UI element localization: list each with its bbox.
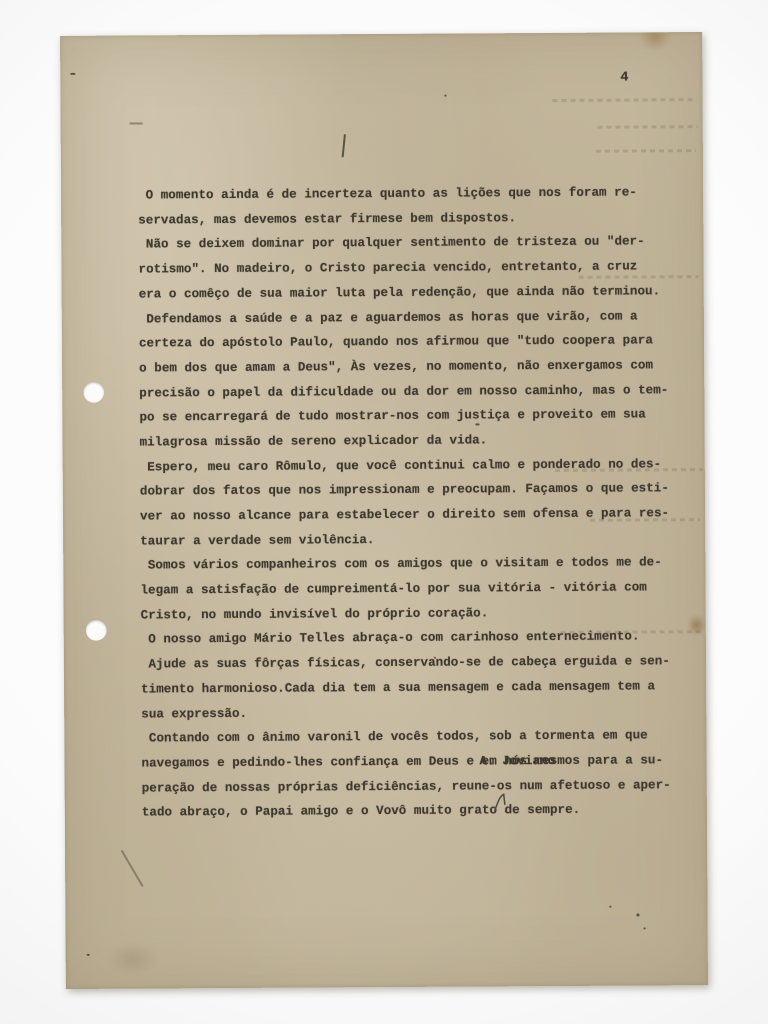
letter-body: O momento ainda é de incerteza quanto as… xyxy=(138,106,677,825)
letter-line: Cristo, no mundo invisível do próprio co… xyxy=(141,600,676,628)
speck xyxy=(444,95,446,97)
letter-line: Somos vários companheiros com os amigos … xyxy=(140,551,675,579)
letter-line: sua expressão. xyxy=(141,699,676,727)
letter-line: taurar a verdade sem violência. xyxy=(140,526,675,554)
letter-line: o bem dos que amam a Deus", Às vezes, no… xyxy=(139,353,674,381)
letter-line: era o comêço de sua maior luta pela rede… xyxy=(139,279,674,307)
bleedthrough-line xyxy=(598,125,698,129)
letter-page: 4 O momento ainda é de incerteza quanto … xyxy=(60,32,708,989)
speck xyxy=(434,657,436,659)
letter-line: dobrar dos fatos que nos impressionam e … xyxy=(140,477,675,505)
scratch-mark xyxy=(121,850,144,887)
letter-line: legam a satisfação de cumpreimentá-lo po… xyxy=(140,575,675,603)
pencil-mark xyxy=(492,792,510,814)
letter-line: Defendamos a saúde e a paz e aguardemos … xyxy=(139,304,674,332)
letter-line: po se encarregará de tudo mostrar-nos co… xyxy=(139,403,674,431)
speck xyxy=(644,927,646,929)
bleedthrough-line xyxy=(552,98,692,102)
letter-line: peração de nossas próprias deficiências,… xyxy=(142,773,677,801)
letter-line: ver ao nosso alcance para estabelecer o … xyxy=(140,501,675,529)
letter-line: Contando com o ânimo varonil de vocês to… xyxy=(141,723,676,751)
letter-line: Ajude as suas fôrças físicas, conservand… xyxy=(141,649,676,677)
speck xyxy=(87,954,90,956)
letter-line: precisão o papel da dificuldade ou da do… xyxy=(139,378,674,406)
bleedthrough-line xyxy=(590,518,700,522)
stain xyxy=(684,610,708,640)
letter-line: servadas, mas devemos estar firmese bem … xyxy=(138,205,673,233)
photo-background: 4 O momento ainda é de incerteza quanto … xyxy=(0,0,768,1024)
letter-line: certeza do apóstolo Paulo, quando nos af… xyxy=(139,328,674,356)
letter-line: navegamos e pedindo-lhes confiança em De… xyxy=(141,748,676,776)
punch-hole-top xyxy=(83,382,104,403)
letter-line: O nosso amigo Mário Telles abraça-o com … xyxy=(141,625,676,653)
speck xyxy=(475,423,479,425)
letter-line: milagrosa missão de sereno explicador da… xyxy=(140,427,675,455)
letter-line: O momento ainda é de incerteza quanto as… xyxy=(138,180,673,208)
stain xyxy=(98,936,168,981)
page-number: 4 xyxy=(620,70,628,85)
punch-hole-bottom xyxy=(86,620,107,641)
letter-line: timento harmonioso.Cada dia tem a sua me… xyxy=(141,674,676,702)
speck xyxy=(609,906,611,908)
stain xyxy=(632,32,678,56)
speck xyxy=(636,913,639,916)
pencil-underline xyxy=(130,122,143,124)
speck xyxy=(70,73,75,75)
bleedthrough-line xyxy=(561,630,701,634)
signature: A. Joviano xyxy=(479,749,555,774)
letter-line: tado abraço, o Papai amigo e o Vovô muit… xyxy=(142,798,677,826)
letter-line: Espero, meu caro Rômulo, que você contin… xyxy=(140,452,675,480)
bleedthrough-line xyxy=(579,275,699,279)
bleedthrough-line xyxy=(596,149,696,153)
letter-line: Não se deixem dominar por qualquer senti… xyxy=(138,230,673,258)
bleedthrough-line xyxy=(555,468,703,472)
